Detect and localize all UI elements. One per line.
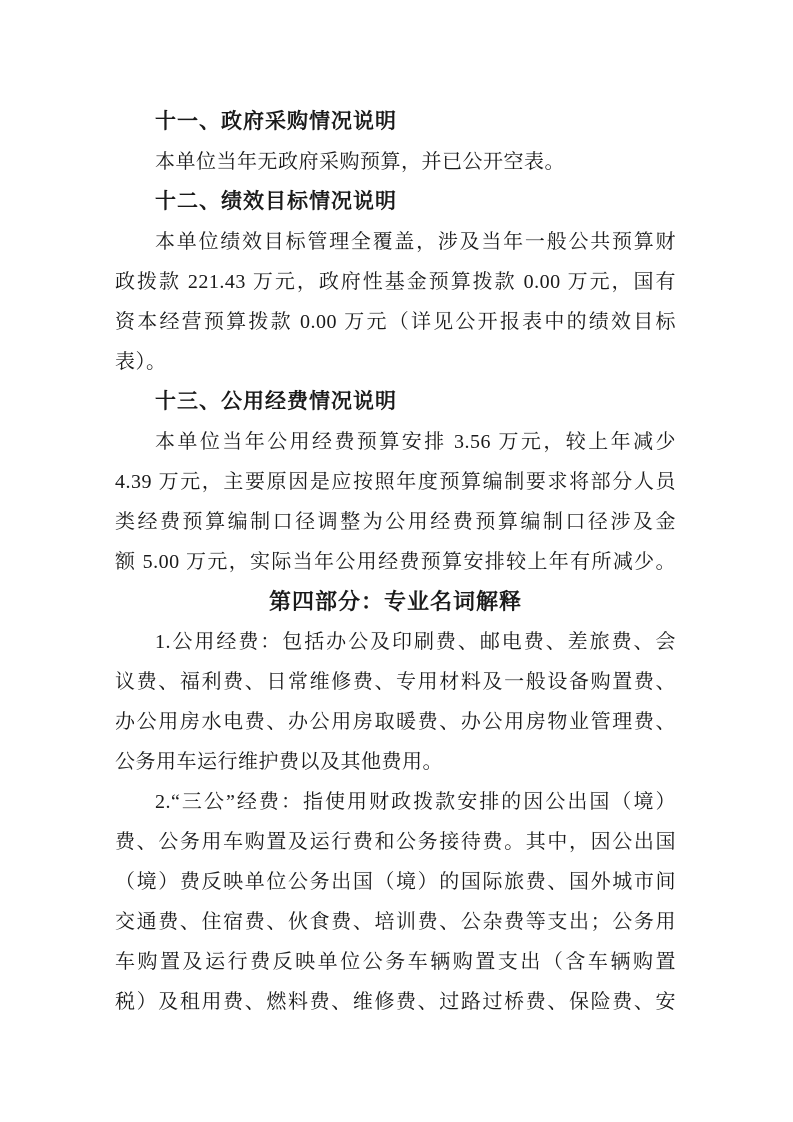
text-line: 本单位绩效目标管理全覆盖，涉及当年一般公共预算财 [115,222,676,262]
section-heading: 十一、政府采购情况说明 [115,102,676,142]
text-line: 办公用房水电费、办公用房取暖费、办公用房物业管理费、 [115,702,676,742]
text-line: 4.39 万元，主要原因是应按照年度预算编制要求将部分人员 [115,462,676,502]
part-title: 第四部分：专业名词解释 [115,582,676,622]
text-line: 2.“三公”经费：指使用财政拨款安排的因公出国（境） [115,782,676,822]
text-line: 1.公用经费：包括办公及印刷费、邮电费、差旅费、会 [115,622,676,662]
text-line: 本单位当年无政府采购预算，并已公开空表。 [115,142,676,182]
text-line: 公务用车运行维护费以及其他费用。 [115,742,676,782]
text-line: （境）费反映单位公务出国（境）的国际旅费、国外城市间 [115,862,676,902]
text-line: 税）及租用费、燃料费、维修费、过路过桥费、保险费、安 [115,982,676,1022]
text-line: 费、公务用车购置及运行费和公务接待费。其中，因公出国 [115,822,676,862]
text-line: 交通费、住宿费、伙食费、培训费、公杂费等支出；公务用 [115,902,676,942]
text-line: 表）。 [115,342,676,382]
text-line: 议费、福利费、日常维修费、专用材料及一般设备购置费、 [115,662,676,702]
text-line: 额 5.00 万元，实际当年公用经费预算安排较上年有所减少。 [115,542,676,582]
text-line: 政拨款 221.43 万元，政府性基金预算拨款 0.00 万元，国有 [115,262,676,302]
section-heading: 十二、绩效目标情况说明 [115,182,676,222]
text-line: 车购置及运行费反映单位公务车辆购置支出（含车辆购置 [115,942,676,982]
document-page: 十一、政府采购情况说明本单位当年无政府采购预算，并已公开空表。十二、绩效目标情况… [0,0,793,1122]
section-heading: 十三、公用经费情况说明 [115,382,676,422]
document-text-block: 十一、政府采购情况说明本单位当年无政府采购预算，并已公开空表。十二、绩效目标情况… [115,102,676,1022]
text-line: 类经费预算编制口径调整为公用经费预算编制口径涉及金 [115,502,676,542]
text-line: 本单位当年公用经费预算安排 3.56 万元，较上年减少 [115,422,676,462]
text-line: 资本经营预算拨款 0.00 万元（详见公开报表中的绩效目标 [115,302,676,342]
